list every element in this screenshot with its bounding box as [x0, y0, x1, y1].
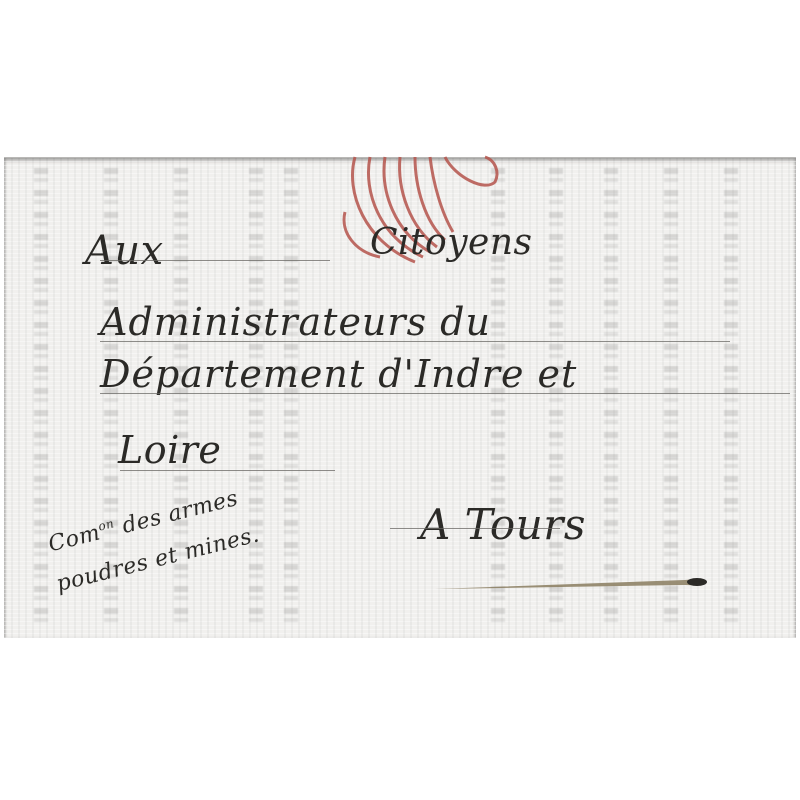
- bleed-through-text: [604, 168, 618, 628]
- address-administrateurs: Administrateurs du: [100, 300, 491, 344]
- bleed-through-text: [34, 168, 48, 628]
- guide-rule: [120, 470, 335, 471]
- guide-rule: [100, 393, 790, 394]
- ink-underline-stroke: [435, 575, 710, 593]
- address-citoyens: Citoyens: [370, 222, 533, 263]
- bleed-through-text: [549, 168, 563, 628]
- bleed-through-text: [724, 168, 738, 628]
- address-aux: Aux: [85, 228, 164, 274]
- guide-rule: [100, 341, 730, 342]
- annotation-superscript: on: [97, 516, 116, 533]
- bleed-through-text: [664, 168, 678, 628]
- address-loire: Loire: [118, 428, 221, 472]
- guide-rule: [100, 260, 330, 261]
- address-destination: A Tours: [420, 500, 586, 549]
- bleed-through-text: [249, 168, 263, 628]
- address-departement: Département d'Indre et: [100, 352, 577, 396]
- guide-rule: [390, 528, 560, 529]
- bleed-through-text: [284, 168, 298, 628]
